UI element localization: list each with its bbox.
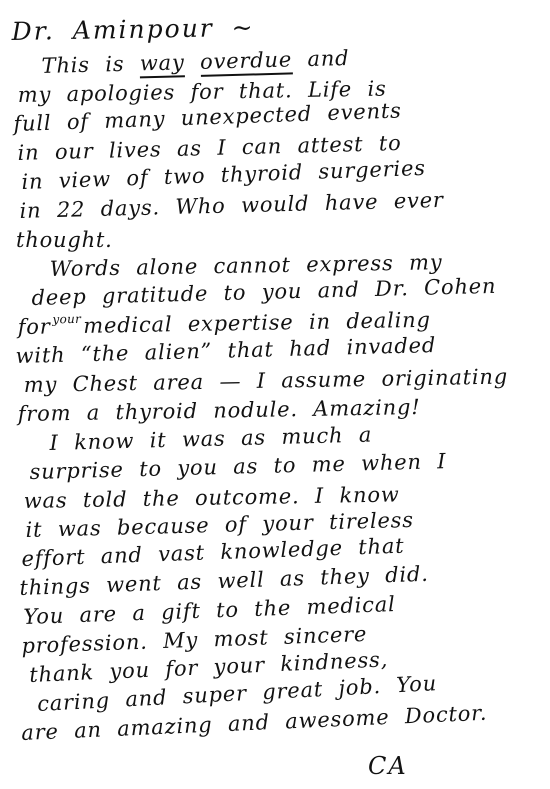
line-text [184,50,200,74]
letter-page: Dr. Aminpour ~ This is way overdue and m… [0,0,550,789]
signature-initials: CA [368,748,542,784]
inserted-word: your [52,312,81,326]
line-text: and [292,46,350,71]
line-text: for [18,314,51,339]
line-text: This is [41,51,140,78]
underlined-word: way [140,50,185,78]
underlined-word: overdue [200,47,293,76]
